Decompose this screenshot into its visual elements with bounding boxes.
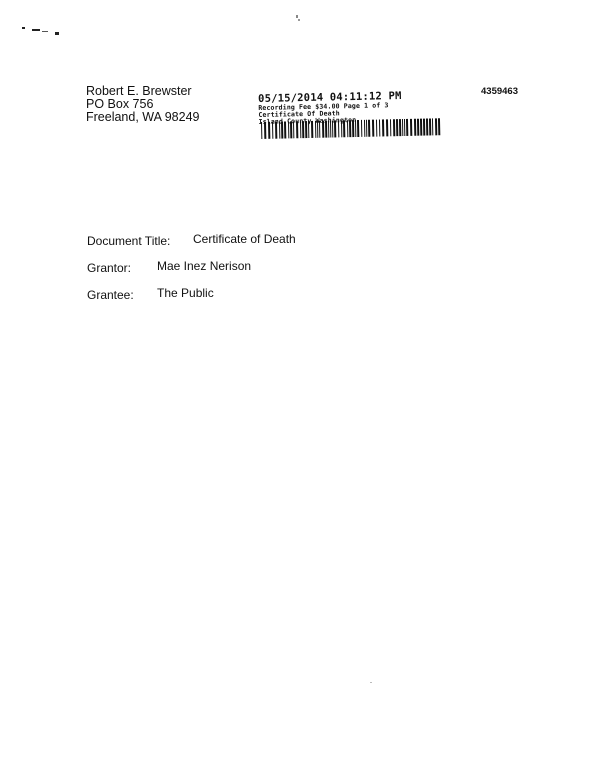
document-title-label: Document Title: bbox=[87, 234, 170, 248]
scan-artifact bbox=[32, 29, 40, 31]
scan-artifact bbox=[55, 32, 59, 35]
scan-artifact bbox=[42, 31, 48, 32]
scan-artifact bbox=[370, 682, 372, 683]
scan-artifact bbox=[22, 27, 25, 29]
grantor-value: Mae Inez Nerison bbox=[157, 259, 251, 273]
scan-artifact bbox=[296, 15, 298, 18]
grantee-label: Grantee: bbox=[87, 288, 134, 302]
return-address: Robert E. Brewster PO Box 756 Freeland, … bbox=[86, 85, 200, 124]
scan-artifact bbox=[298, 19, 300, 21]
grantor-label: Grantor: bbox=[87, 261, 131, 275]
grantee-value: The Public bbox=[157, 286, 214, 300]
barcode bbox=[261, 118, 441, 139]
document-title-value: Certificate of Death bbox=[193, 232, 296, 246]
address-city-state-zip: Freeland, WA 98249 bbox=[86, 111, 200, 124]
document-number: 4359463 bbox=[481, 86, 518, 97]
